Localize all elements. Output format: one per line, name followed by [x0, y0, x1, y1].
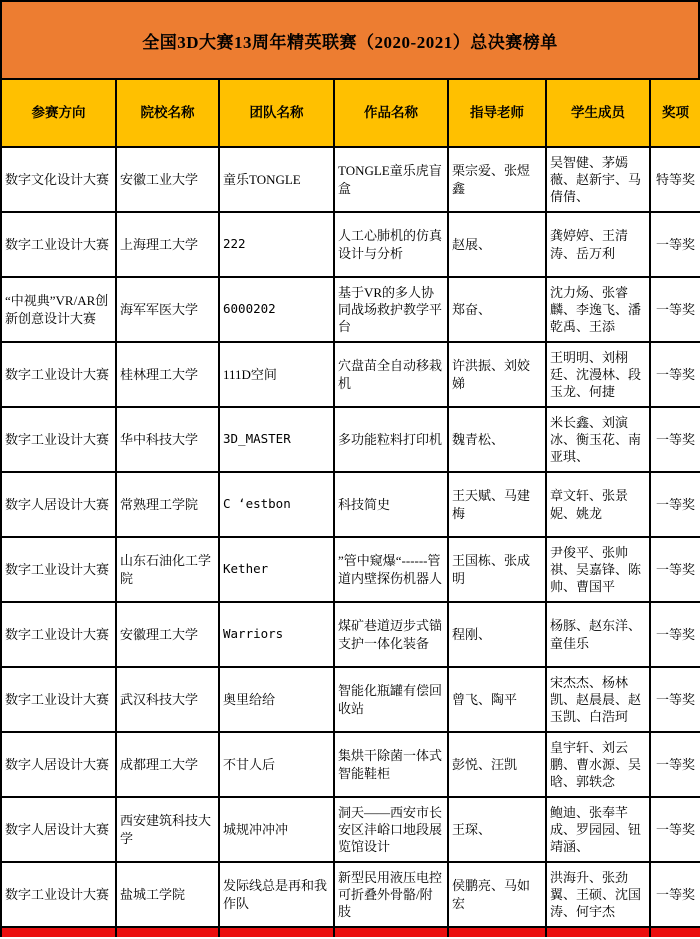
cell-advisors: 王天赋、马建梅	[448, 472, 546, 537]
cell-team: 111D空间	[219, 342, 334, 407]
cell-direction: 数字人居设计大赛	[1, 472, 116, 537]
cell-students: 龚婷婷、王清涛、岳万利	[546, 212, 650, 277]
cell-award: 特等奖	[650, 147, 700, 212]
cell-school: 上海理工大学	[116, 212, 219, 277]
cell-school: 安徽理工大学	[116, 602, 219, 667]
cell-work: 人工心肺机的仿真设计与分析	[334, 212, 448, 277]
cell-award: 一等奖	[650, 277, 700, 342]
highlight-cell	[650, 927, 700, 937]
cell-school: 桂林理工大学	[116, 342, 219, 407]
cell-award: 一等奖	[650, 602, 700, 667]
cell-advisors: 许洪振、刘姣娣	[448, 342, 546, 407]
cell-direction: “中视典”VR/AR创新创意设计大赛	[1, 277, 116, 342]
cell-students: 宋杰杰、杨林凯、赵晨晨、赵玉凯、白浩珂	[546, 667, 650, 732]
highlight-cell	[448, 927, 546, 937]
cell-work: 穴盘苗全自动移栽机	[334, 342, 448, 407]
cell-advisors: 王国栋、张成明	[448, 537, 546, 602]
cell-team: 童乐TONGLE	[219, 147, 334, 212]
column-header-advisors: 指导老师	[448, 79, 546, 147]
cell-work: 煤矿巷道迈步式锚支护一体化装备	[334, 602, 448, 667]
table-row: “中视典”VR/AR创新创意设计大赛海军军医大学6000202基于VR的多人协同…	[1, 277, 700, 342]
cell-award: 一等奖	[650, 797, 700, 862]
cell-advisors: 栗宗爱、张煜鑫	[448, 147, 546, 212]
cell-direction: 数字人居设计大赛	[1, 732, 116, 797]
cell-award: 一等奖	[650, 472, 700, 537]
table-title: 全国3D大赛13周年精英联赛（2020-2021）总决赛榜单	[0, 0, 700, 78]
table-row: 数字工业设计大赛盐城工学院发际线总是再和我作队新型民用液压电控可折叠外骨骼/附肢…	[1, 862, 700, 927]
cell-work: 基于VR的多人协同战场救护教学平台	[334, 277, 448, 342]
cell-award: 一等奖	[650, 862, 700, 927]
cell-direction: 数字工业设计大赛	[1, 667, 116, 732]
table-row: 数字工业设计大赛山东石油化工学院Kether”管中窥爆“------管道内壁探伤…	[1, 537, 700, 602]
highlight-row-cutoff	[1, 927, 700, 937]
column-header-team: 团队名称	[219, 79, 334, 147]
cell-direction: 数字人居设计大赛	[1, 797, 116, 862]
cell-school: 成都理工大学	[116, 732, 219, 797]
results-table: 参赛方向 院校名称 团队名称 作品名称 指导老师 学生成员 奖项 数字文化设计大…	[0, 78, 700, 937]
cell-advisors: 赵展、	[448, 212, 546, 277]
cell-team: 城规冲冲冲	[219, 797, 334, 862]
cell-work: 科技简史	[334, 472, 448, 537]
cell-students: 吴智健、茅嫣薇、赵新宇、马倩倩、	[546, 147, 650, 212]
highlight-cell	[219, 927, 334, 937]
cell-team: 不甘人后	[219, 732, 334, 797]
cell-award: 一等奖	[650, 212, 700, 277]
cell-advisors: 魏青松、	[448, 407, 546, 472]
cell-advisors: 程刚、	[448, 602, 546, 667]
cell-work: 洞天——西安市长安区沣峪口地段展览馆设计	[334, 797, 448, 862]
highlight-cell	[546, 927, 650, 937]
highlight-cell	[334, 927, 448, 937]
table-row: 数字工业设计大赛武汉科技大学奥里给给智能化瓶罐有偿回收站曾飞、陶平宋杰杰、杨林凯…	[1, 667, 700, 732]
cell-work: 智能化瓶罐有偿回收站	[334, 667, 448, 732]
highlight-row	[1, 927, 700, 937]
cell-direction: 数字工业设计大赛	[1, 407, 116, 472]
cell-award: 一等奖	[650, 407, 700, 472]
table-row: 数字人居设计大赛西安建筑科技大学城规冲冲冲洞天——西安市长安区沣峪口地段展览馆设…	[1, 797, 700, 862]
cell-work: TONGLE童乐虎盲盒	[334, 147, 448, 212]
cell-school: 盐城工学院	[116, 862, 219, 927]
cell-award: 一等奖	[650, 342, 700, 407]
highlight-cell	[116, 927, 219, 937]
cell-work: 集烘干除菌一体式智能鞋柜	[334, 732, 448, 797]
column-header-direction: 参赛方向	[1, 79, 116, 147]
cell-direction: 数字工业设计大赛	[1, 602, 116, 667]
table-row: 数字工业设计大赛上海理工大学222人工心肺机的仿真设计与分析赵展、龚婷婷、王清涛…	[1, 212, 700, 277]
cell-students: 尹俊平、张帅祺、吴嘉锋、陈帅、曹国平	[546, 537, 650, 602]
cell-students: 章文轩、张景妮、姚龙	[546, 472, 650, 537]
table-row: 数字工业设计大赛桂林理工大学111D空间穴盘苗全自动移栽机许洪振、刘姣娣王明明、…	[1, 342, 700, 407]
cell-award: 一等奖	[650, 537, 700, 602]
cell-direction: 数字工业设计大赛	[1, 342, 116, 407]
cell-work: ”管中窥爆“------管道内壁探伤机器人	[334, 537, 448, 602]
cell-team: 3D_MASTER	[219, 407, 334, 472]
cell-advisors: 郑奋、	[448, 277, 546, 342]
cell-direction: 数字工业设计大赛	[1, 537, 116, 602]
table-body: 数字文化设计大赛安徽工业大学童乐TONGLETONGLE童乐虎盲盒栗宗爱、张煜鑫…	[1, 147, 700, 927]
cell-direction: 数字工业设计大赛	[1, 212, 116, 277]
cell-team: Warriors	[219, 602, 334, 667]
cell-direction: 数字文化设计大赛	[1, 147, 116, 212]
table-row: 数字人居设计大赛成都理工大学不甘人后集烘干除菌一体式智能鞋柜彭悦、汪凯皇宇轩、刘…	[1, 732, 700, 797]
cell-direction: 数字工业设计大赛	[1, 862, 116, 927]
cell-school: 山东石油化工学院	[116, 537, 219, 602]
cell-students: 洪海升、张劲翼、王硕、沈国涛、何宇杰	[546, 862, 650, 927]
cell-advisors: 王琛、	[448, 797, 546, 862]
cell-students: 皇宇轩、刘云鹏、曹水源、吴晗、郭轶念	[546, 732, 650, 797]
cell-school: 武汉科技大学	[116, 667, 219, 732]
highlight-cell	[1, 927, 116, 937]
cell-award: 一等奖	[650, 732, 700, 797]
column-header-award: 奖项	[650, 79, 700, 147]
cell-award: 一等奖	[650, 667, 700, 732]
cell-students: 米长鑫、刘演冰、衡玉花、南亚琪、	[546, 407, 650, 472]
table-row: 数字工业设计大赛华中科技大学3D_MASTER多功能粒料打印机魏青松、米长鑫、刘…	[1, 407, 700, 472]
cell-team: C ‘estbon	[219, 472, 334, 537]
column-header-school: 院校名称	[116, 79, 219, 147]
column-header-students: 学生成员	[546, 79, 650, 147]
cell-team: 6000202	[219, 277, 334, 342]
cell-advisors: 侯鹏亮、马如宏	[448, 862, 546, 927]
cell-team: 奥里给给	[219, 667, 334, 732]
cell-advisors: 彭悦、汪凯	[448, 732, 546, 797]
cell-school: 安徽工业大学	[116, 147, 219, 212]
cell-school: 西安建筑科技大学	[116, 797, 219, 862]
cell-school: 华中科技大学	[116, 407, 219, 472]
cell-team: Kether	[219, 537, 334, 602]
cell-school: 海军军医大学	[116, 277, 219, 342]
table-row: 数字文化设计大赛安徽工业大学童乐TONGLETONGLE童乐虎盲盒栗宗爱、张煜鑫…	[1, 147, 700, 212]
table-header-row: 参赛方向 院校名称 团队名称 作品名称 指导老师 学生成员 奖项	[1, 79, 700, 147]
cell-work: 多功能粒料打印机	[334, 407, 448, 472]
cell-students: 杨豚、赵东洋、童佳乐	[546, 602, 650, 667]
cell-team: 发际线总是再和我作队	[219, 862, 334, 927]
cell-students: 沈力炀、张睿麟、李逸飞、潘乾禹、王添	[546, 277, 650, 342]
table-row: 数字工业设计大赛安徽理工大学Warriors煤矿巷道迈步式锚支护一体化装备程刚、…	[1, 602, 700, 667]
award-ranking-sheet: 全国3D大赛13周年精英联赛（2020-2021）总决赛榜单 参赛方向 院校名称…	[0, 0, 700, 937]
cell-students: 鲍迪、张奉芊成、罗园园、钮靖涵、	[546, 797, 650, 862]
cell-school: 常熟理工学院	[116, 472, 219, 537]
cell-students: 王明明、刘栩廷、沈漫林、段玉龙、何捷	[546, 342, 650, 407]
cell-work: 新型民用液压电控可折叠外骨骼/附肢	[334, 862, 448, 927]
cell-advisors: 曾飞、陶平	[448, 667, 546, 732]
table-row: 数字人居设计大赛常熟理工学院C ‘estbon科技简史王天赋、马建梅章文轩、张景…	[1, 472, 700, 537]
cell-team: 222	[219, 212, 334, 277]
column-header-work: 作品名称	[334, 79, 448, 147]
